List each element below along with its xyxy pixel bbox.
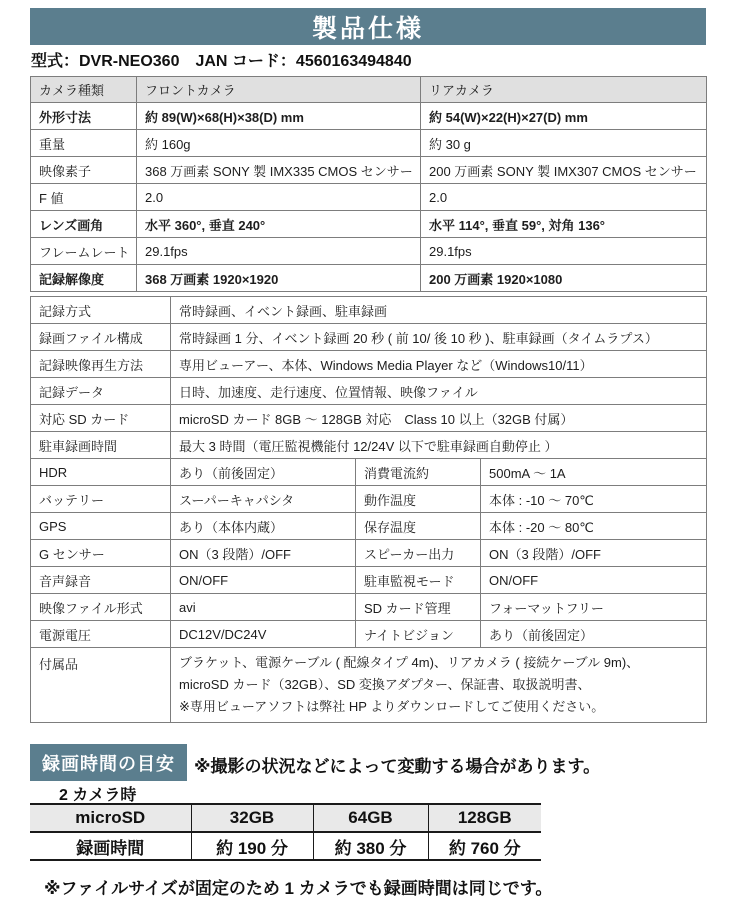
spec-label-cell: ナイトビジョン bbox=[356, 621, 481, 648]
spec-label-cell: 駐車録画時間 bbox=[31, 432, 171, 459]
spec-value-cell: microSD カード 8GB ～ 128GB 対応 Class 10 以上（3… bbox=[171, 405, 707, 432]
spec-label-cell: 記録映像再生方法 bbox=[31, 351, 171, 378]
spec-label-cell: 音声録音 bbox=[31, 567, 171, 594]
spec-value-cell: 約 89(W)×68(H)×38(D) mm bbox=[137, 103, 421, 130]
camera-table-header-rear: リアカメラ bbox=[421, 77, 707, 103]
table-row: 駐車録画時間 最大 3 時間（電圧監視機能付 12/24V 以下で駐車録画自動停… bbox=[31, 432, 707, 459]
spec-label-cell: 動作温度 bbox=[356, 486, 481, 513]
spec-value-cell: 本体 : -10 ～ 70℃ bbox=[481, 486, 707, 513]
table-row: 記録解像度 368 万画素 1920×1920 200 万画素 1920×108… bbox=[31, 265, 707, 292]
spec-value-cell: 常時録画、イベント録画、駐車録画 bbox=[171, 297, 707, 324]
page-title-bar: 製品仕様 bbox=[30, 8, 706, 45]
spec-label-cell: フレームレート bbox=[31, 238, 137, 265]
spec-label-cell: 電源電圧 bbox=[31, 621, 171, 648]
camera-table-header-type: カメラ種類 bbox=[31, 77, 137, 103]
spec-label-cell: バッテリー bbox=[31, 486, 171, 513]
table-row: 電源電圧 DC12V/DC24V ナイトビジョン あり（前後固定） bbox=[31, 621, 707, 648]
spec-value-cell: 最大 3 時間（電圧監視機能付 12/24V 以下で駐車録画自動停止 ） bbox=[171, 432, 707, 459]
spec-value-cell: 約 160g bbox=[137, 130, 421, 157]
table-row: F 値 2.0 2.0 bbox=[31, 184, 707, 211]
table-row: レンズ画角 水平 360°, 垂直 240° 水平 114°, 垂直 59°, … bbox=[31, 211, 707, 238]
recording-table-cell: 録画時間 bbox=[30, 832, 191, 860]
spec-value-cell: 専用ビューアー、本体、Windows Media Player など（Windo… bbox=[171, 351, 707, 378]
spec-value-cell: 368 万画素 SONY 製 IMX335 CMOS センサー bbox=[137, 157, 421, 184]
spec-value-cell: フォーマットフリー bbox=[481, 594, 707, 621]
spec-value-cell: ON（3 段階）/OFF bbox=[171, 540, 356, 567]
recording-guide-badge-label: 録画時間の目安 bbox=[42, 750, 175, 776]
spec-value-cell: ON/OFF bbox=[481, 567, 707, 594]
table-row: バッテリー スーパーキャパシタ 動作温度 本体 : -10 ～ 70℃ bbox=[31, 486, 707, 513]
spec-value-cell: 2.0 bbox=[421, 184, 707, 211]
page-title: 製品仕様 bbox=[312, 9, 424, 45]
spec-value-cell: 200 万画素 1920×1080 bbox=[421, 265, 707, 292]
spec-label-cell: スピーカー出力 bbox=[356, 540, 481, 567]
recording-table-header-cell: microSD bbox=[30, 804, 191, 832]
two-camera-mode-label: 2 カメラ時 bbox=[59, 782, 136, 805]
model-jan-line: 型式：DVR-NEO360 JAN コード：4560163494840 bbox=[31, 48, 412, 71]
camera-spec-table: カメラ種類 フロントカメラ リアカメラ 外形寸法 約 89(W)×68(H)×3… bbox=[30, 76, 707, 292]
table-row: フレームレート 29.1fps 29.1fps bbox=[31, 238, 707, 265]
spec-label-cell: 重量 bbox=[31, 130, 137, 157]
recording-table-cell: 約 190 分 bbox=[191, 832, 313, 860]
spec-label-cell: 記録データ bbox=[31, 378, 171, 405]
table-row: 録画ファイル構成 常時録画 1 分、イベント録画 20 秒 ( 前 10/ 後 … bbox=[31, 324, 707, 351]
table-row: 重量 約 160g 約 30 g bbox=[31, 130, 707, 157]
camera-table-header-row: カメラ種類 フロントカメラ リアカメラ bbox=[31, 77, 707, 103]
spec-label-cell: G センサー bbox=[31, 540, 171, 567]
spec-value-cell: 200 万画素 SONY 製 IMX307 CMOS センサー bbox=[421, 157, 707, 184]
spec-value-cell: 29.1fps bbox=[137, 238, 421, 265]
spec-value-cell: DC12V/DC24V bbox=[171, 621, 356, 648]
spec-label-cell: 消費電流約 bbox=[356, 459, 481, 486]
spec-value-cell: 約 30 g bbox=[421, 130, 707, 157]
spec-value-cell: 2.0 bbox=[137, 184, 421, 211]
table-row: 映像ファイル形式 avi SD カード管理 フォーマットフリー bbox=[31, 594, 707, 621]
file-size-footnote: ※ファイルサイズが固定のため 1 カメラでも録画時間は同じです。 bbox=[44, 874, 552, 899]
accessories-row: 付属品 ブラケット、電源ケーブル ( 配線タイプ 4m)、リアカメラ ( 接続ケ… bbox=[31, 648, 707, 723]
spec-value-cell: 368 万画素 1920×1920 bbox=[137, 265, 421, 292]
table-row: 記録データ 日時、加速度、走行速度、位置情報、映像ファイル bbox=[31, 378, 707, 405]
table-row: 記録映像再生方法 専用ビューアー、本体、Windows Media Player… bbox=[31, 351, 707, 378]
spec-value-cell: 水平 360°, 垂直 240° bbox=[137, 211, 421, 238]
table-row: 映像素子 368 万画素 SONY 製 IMX335 CMOS センサー 200… bbox=[31, 157, 707, 184]
recording-table-cell: 約 760 分 bbox=[428, 832, 541, 860]
spec-label-cell: 保存温度 bbox=[356, 513, 481, 540]
recording-table-value-row: 録画時間 約 190 分 約 380 分 約 760 分 bbox=[30, 832, 541, 860]
spec-label-cell: F 値 bbox=[31, 184, 137, 211]
spec-value-cell: 本体 : -20 ～ 80℃ bbox=[481, 513, 707, 540]
spec-value-cell: 日時、加速度、走行速度、位置情報、映像ファイル bbox=[171, 378, 707, 405]
spec-label-cell: 対応 SD カード bbox=[31, 405, 171, 432]
spec-value-cell: 500mA ～ 1A bbox=[481, 459, 707, 486]
spec-value-cell: あり（前後固定） bbox=[171, 459, 356, 486]
spec-value-cell: ON/OFF bbox=[171, 567, 356, 594]
recording-guide-note: ※撮影の状況などによって変動する場合があります。 bbox=[194, 752, 600, 777]
spec-value-cell: 約 54(W)×22(H)×27(D) mm bbox=[421, 103, 707, 130]
accessories-value-cell: ブラケット、電源ケーブル ( 配線タイプ 4m)、リアカメラ ( 接続ケーブル … bbox=[171, 648, 707, 723]
spec-value-cell: スーパーキャパシタ bbox=[171, 486, 356, 513]
table-row: HDR あり（前後固定） 消費電流約 500mA ～ 1A bbox=[31, 459, 707, 486]
recording-guide-badge: 録画時間の目安 bbox=[30, 744, 187, 781]
recording-table-header-row: microSD 32GB 64GB 128GB bbox=[30, 804, 541, 832]
spec-label-cell: 記録解像度 bbox=[31, 265, 137, 292]
spec-value-cell: 常時録画 1 分、イベント録画 20 秒 ( 前 10/ 後 10 秒 )、駐車… bbox=[171, 324, 707, 351]
recording-table-header-cell: 64GB bbox=[313, 804, 428, 832]
table-row: 音声録音 ON/OFF 駐車監視モード ON/OFF bbox=[31, 567, 707, 594]
spec-label-cell: 映像ファイル形式 bbox=[31, 594, 171, 621]
recording-time-table: microSD 32GB 64GB 128GB 録画時間 約 190 分 約 3… bbox=[30, 803, 541, 861]
spec-label-cell: 外形寸法 bbox=[31, 103, 137, 130]
accessories-line: ブラケット、電源ケーブル ( 配線タイプ 4m)、リアカメラ ( 接続ケーブル … bbox=[179, 652, 702, 674]
spec-label-cell: 付属品 bbox=[31, 648, 171, 723]
accessories-line: microSD カード（32GB）、SD 変換アダプター、保証書、取扱説明書、 bbox=[179, 674, 702, 696]
spec-label-cell: レンズ画角 bbox=[31, 211, 137, 238]
spec-value-cell: あり（前後固定） bbox=[481, 621, 707, 648]
table-row: 記録方式 常時録画、イベント録画、駐車録画 bbox=[31, 297, 707, 324]
spec-value-cell: avi bbox=[171, 594, 356, 621]
spec-value-cell: ON（3 段階）/OFF bbox=[481, 540, 707, 567]
spec-value-cell: 水平 114°, 垂直 59°, 対角 136° bbox=[421, 211, 707, 238]
table-row: GPS あり（本体内蔵） 保存温度 本体 : -20 ～ 80℃ bbox=[31, 513, 707, 540]
table-row: 対応 SD カード microSD カード 8GB ～ 128GB 対応 Cla… bbox=[31, 405, 707, 432]
table-row: G センサー ON（3 段階）/OFF スピーカー出力 ON（3 段階）/OFF bbox=[31, 540, 707, 567]
spec-label-cell: 駐車監視モード bbox=[356, 567, 481, 594]
spec-label-cell: 記録方式 bbox=[31, 297, 171, 324]
table-row: 外形寸法 約 89(W)×68(H)×38(D) mm 約 54(W)×22(H… bbox=[31, 103, 707, 130]
spec-value-cell: あり（本体内蔵） bbox=[171, 513, 356, 540]
spec-label-cell: GPS bbox=[31, 513, 171, 540]
spec-value-cell: 29.1fps bbox=[421, 238, 707, 265]
camera-table-header-front: フロントカメラ bbox=[137, 77, 421, 103]
spec-label-cell: 録画ファイル構成 bbox=[31, 324, 171, 351]
recording-table-header-cell: 32GB bbox=[191, 804, 313, 832]
general-spec-table: 記録方式 常時録画、イベント録画、駐車録画 録画ファイル構成 常時録画 1 分、… bbox=[30, 296, 707, 723]
spec-label-cell: 映像素子 bbox=[31, 157, 137, 184]
accessories-line: ※専用ビューアソフトは弊社 HP よりダウンロードしてご使用ください。 bbox=[179, 696, 702, 718]
spec-label-cell: HDR bbox=[31, 459, 171, 486]
spec-sheet-page: 製品仕様 型式：DVR-NEO360 JAN コード：4560163494840… bbox=[0, 0, 736, 920]
recording-table-header-cell: 128GB bbox=[428, 804, 541, 832]
recording-table-cell: 約 380 分 bbox=[313, 832, 428, 860]
spec-label-cell: SD カード管理 bbox=[356, 594, 481, 621]
